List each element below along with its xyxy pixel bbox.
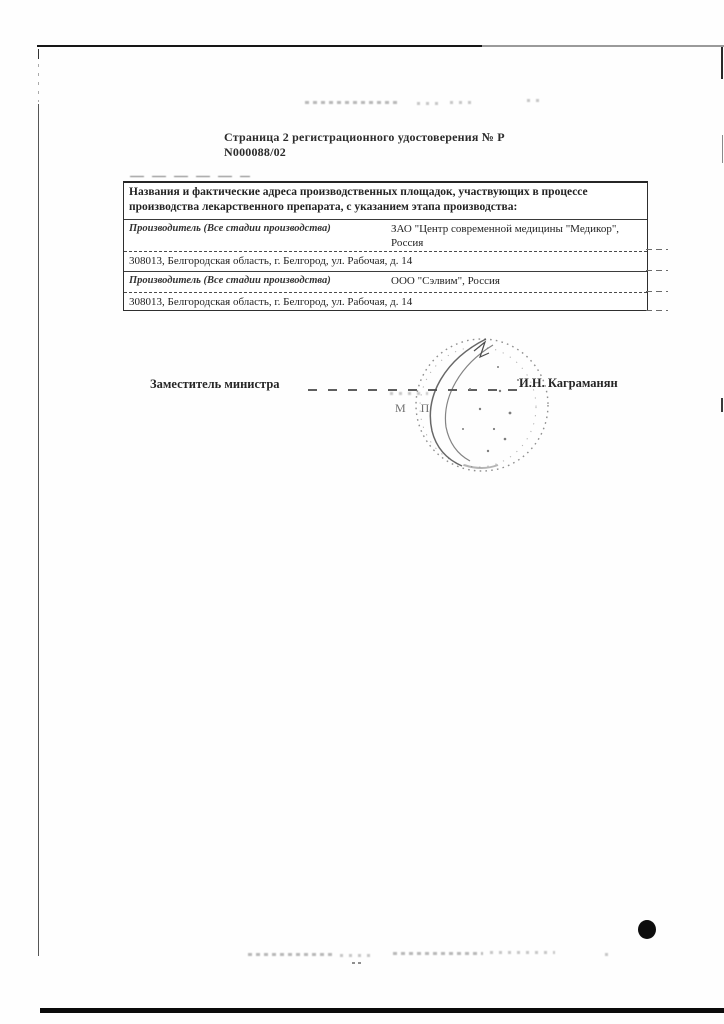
scan-right-border-mid bbox=[722, 135, 723, 163]
manufacturer-value: ООО "Сэлвим", Россия bbox=[391, 274, 642, 290]
manufacturers-table: Названия и фактические адреса производст… bbox=[123, 181, 648, 311]
scan-row-overshoot-2 bbox=[646, 270, 668, 271]
scan-row-overshoot-1 bbox=[646, 249, 668, 250]
manufacturer-value: ЗАО "Центр современной медицины "Медикор… bbox=[391, 222, 642, 249]
stamp-mp-label: М П bbox=[395, 401, 435, 416]
stamp-ink-smudge bbox=[390, 392, 428, 395]
scan-right-border-dash bbox=[721, 398, 723, 412]
table-row-manufacturer-1: Производитель (Все стадии производства) … bbox=[124, 220, 647, 252]
scan-row-overshoot-4 bbox=[646, 310, 668, 311]
scan-smudge-bottom-1 bbox=[248, 953, 333, 956]
scan-left-border bbox=[38, 104, 39, 956]
scan-top-rule-light bbox=[482, 45, 724, 47]
scan-smudge-bottom-2 bbox=[340, 954, 370, 957]
scan-dot-pair bbox=[352, 962, 364, 964]
table-row-address-2: 308013, Белгородская область, г. Белгоро… bbox=[124, 293, 647, 310]
scan-left-border-dots bbox=[38, 64, 39, 102]
scan-left-border-dash bbox=[38, 49, 39, 59]
signature-role: Заместитель министра bbox=[150, 377, 280, 392]
table-row-manufacturer-2: Производитель (Все стадии производства) … bbox=[124, 272, 647, 293]
scan-smudge-top-2 bbox=[417, 102, 443, 105]
manufacturer-label: Производитель (Все стадии производства) bbox=[129, 274, 387, 290]
table-header: Названия и фактические адреса производст… bbox=[124, 183, 647, 220]
manufacturer-label: Производитель (Все стадии производства) bbox=[129, 222, 387, 249]
scan-smudge-top-1 bbox=[305, 101, 400, 104]
scan-smudge-top-4 bbox=[527, 99, 540, 102]
page-title: Страница 2 регистрационного удостоверени… bbox=[224, 130, 564, 160]
scanned-document-page: Страница 2 регистрационного удостоверени… bbox=[0, 0, 724, 1024]
punch-hole-dot bbox=[638, 920, 656, 939]
scan-smudge-bottom-5 bbox=[605, 953, 612, 956]
scan-right-border-top bbox=[721, 47, 723, 79]
table-row-address-1: 308013, Белгородская область, г. Белгоро… bbox=[124, 252, 647, 272]
scan-smudge-top-3 bbox=[450, 101, 477, 104]
scan-smudge-bottom-4 bbox=[490, 951, 555, 954]
scan-bottom-rule bbox=[40, 1008, 724, 1013]
scan-top-rule-dark bbox=[37, 45, 482, 47]
scan-table-top-dash bbox=[130, 176, 250, 177]
scan-smudge-bottom-3 bbox=[393, 952, 483, 955]
scan-row-overshoot-3 bbox=[646, 291, 668, 292]
